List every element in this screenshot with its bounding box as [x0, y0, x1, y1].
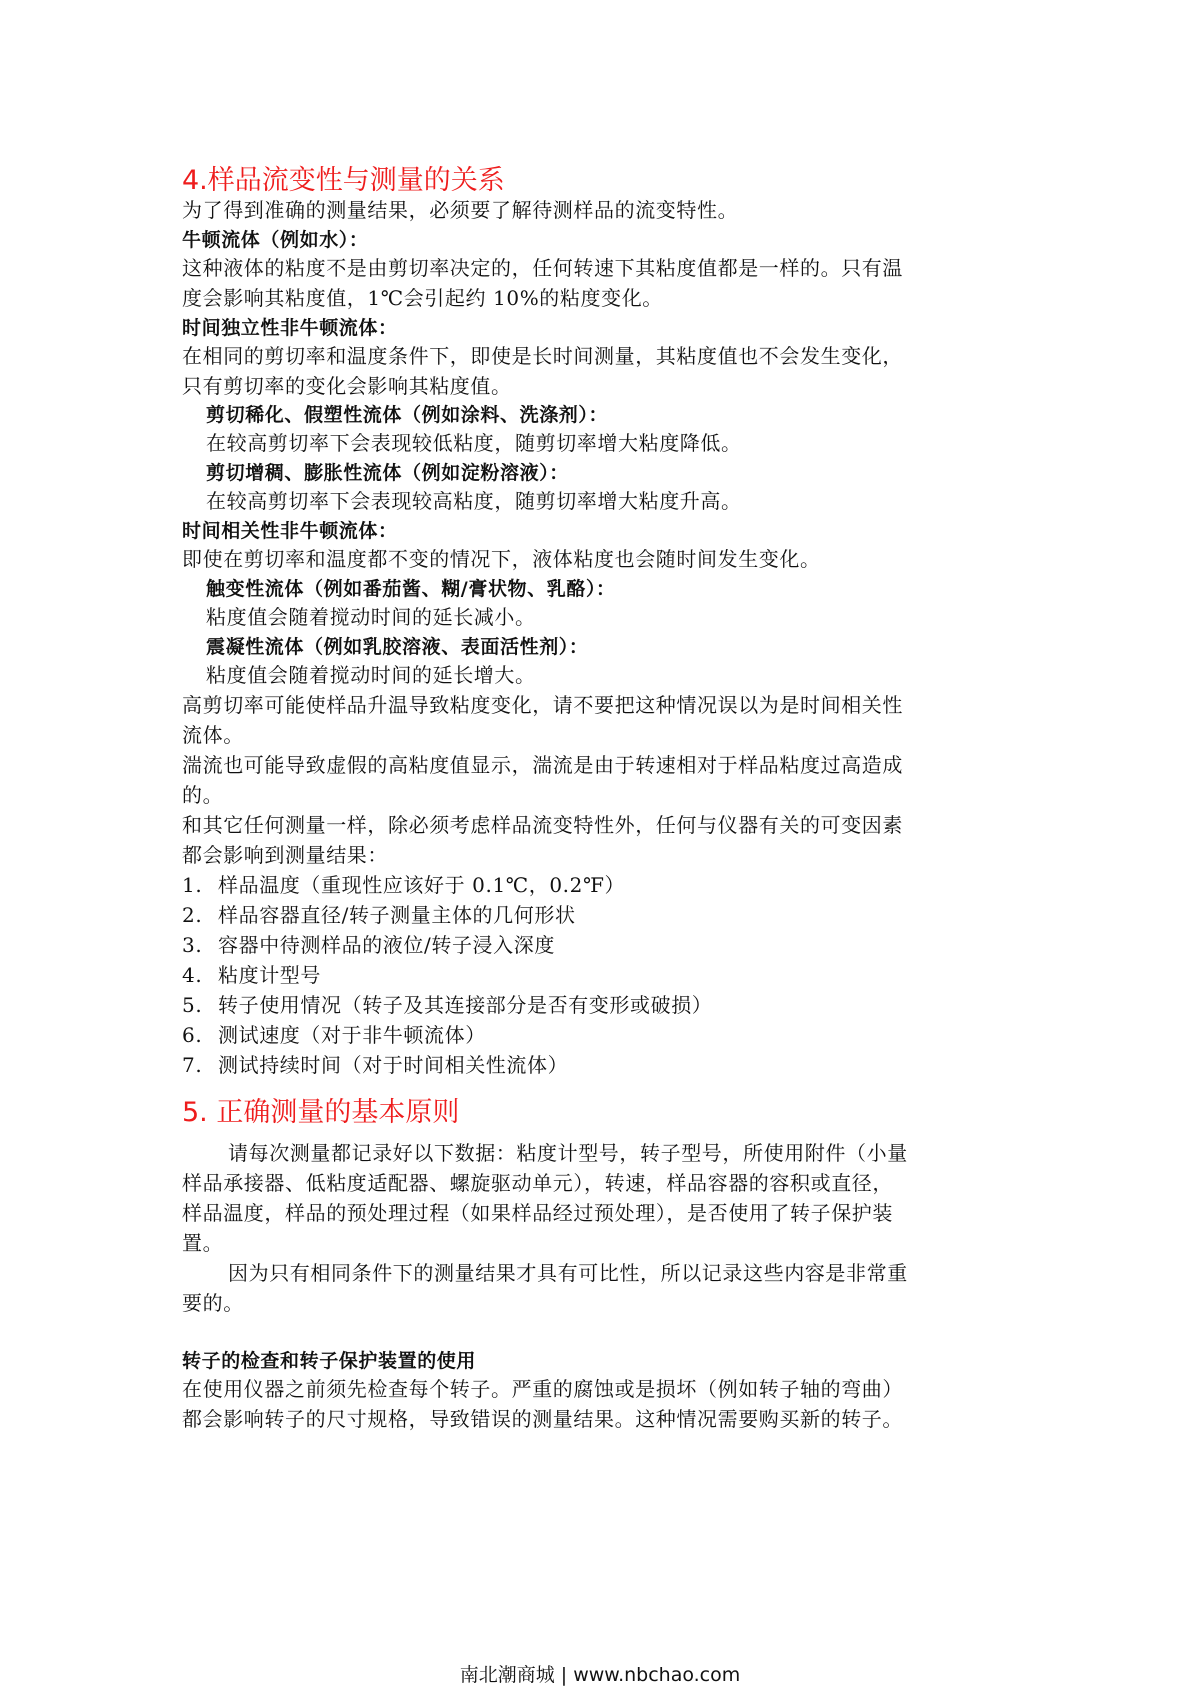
factor-num: 1.	[182, 870, 218, 900]
note-line: 湍流也可能导致虚假的高粘度值显示，湍流是由于转速相对于样品粘度过高造成	[182, 750, 903, 780]
note-line: 的。	[182, 780, 223, 810]
factor-text: 测试持续时间（对于时间相关性流体）	[218, 1053, 568, 1077]
factor-num: 7.	[182, 1050, 218, 1080]
factor-num: 5.	[182, 990, 218, 1020]
section-4-title: 4.样品流变性与测量的关系	[182, 158, 505, 197]
note-line: 和其它任何测量一样，除必须考虑样品流变特性外，任何与仪器有关的可变因素	[182, 810, 903, 840]
shear-thinning-text: 在较高剪切率下会表现较低粘度，随剪切率增大粘度降低。	[206, 428, 742, 458]
footer-watermark: 南北潮商城 | www.nbchao.com	[0, 1660, 1200, 1687]
factor-num: 4.	[182, 960, 218, 990]
note-line: 流体。	[182, 720, 244, 750]
factor-num: 3.	[182, 930, 218, 960]
para1-line: 置。	[182, 1228, 223, 1258]
shear-thickening-heading: 剪切增稠、膨胀性流体（例如淀粉溶液）：	[206, 458, 569, 488]
newtonian-line: 度会影响其粘度值，1℃会引起约 10%的粘度变化。	[182, 283, 663, 313]
para2-line: 要的。	[182, 1288, 244, 1318]
factor-text: 样品容器直径/转子测量主体的几何形状	[218, 903, 576, 927]
time-independent-heading: 时间独立性非牛顿流体：	[182, 313, 398, 343]
note-line: 都会影响到测量结果：	[182, 840, 388, 870]
factor-text: 转子使用情况（转子及其连接部分是否有变形或破损）	[218, 993, 712, 1017]
section-5-title: 5. 正确测量的基本原则	[182, 1090, 459, 1129]
time-independent-line: 在相同的剪切率和温度条件下，即使是长时间测量，其粘度值也不会发生变化，	[182, 341, 903, 371]
rheopectic-heading: 震凝性流体（例如乳胶溶液、表面活性剂）：	[206, 632, 589, 662]
spindle-check-line: 在使用仪器之前须先检查每个转子。严重的腐蚀或是损坏（例如转子轴的弯曲）	[182, 1374, 903, 1404]
newtonian-line: 这种液体的粘度不是由剪切率决定的，任何转速下其粘度值都是一样的。只有温	[182, 253, 903, 283]
para2-line: 因为只有相同条件下的测量结果才具有可比性，所以记录这些内容是非常重	[228, 1258, 908, 1288]
time-dependent-line: 即使在剪切率和温度都不变的情况下，液体粘度也会随时间发生变化。	[182, 544, 821, 574]
note-line: 高剪切率可能使样品升温导致粘度变化，请不要把这种情况误以为是时间相关性	[182, 690, 903, 720]
factor-num: 6.	[182, 1020, 218, 1050]
factor-item: 3.容器中待测样品的液位/转子浸入深度	[182, 930, 555, 960]
spindle-check-heading: 转子的检查和转子保护装置的使用	[182, 1346, 476, 1376]
factor-item: 6.测试速度（对于非牛顿流体）	[182, 1020, 486, 1050]
factor-text: 测试速度（对于非牛顿流体）	[218, 1023, 486, 1047]
rheopectic-text: 粘度值会随着搅动时间的延长增大。	[206, 660, 536, 690]
para1-line: 请每次测量都记录好以下数据：粘度计型号，转子型号，所使用附件（小量	[228, 1138, 908, 1168]
factor-text: 容器中待测样品的液位/转子浸入深度	[218, 933, 555, 957]
time-dependent-heading: 时间相关性非牛顿流体：	[182, 516, 398, 546]
factor-item: 5.转子使用情况（转子及其连接部分是否有变形或破损）	[182, 990, 712, 1020]
thixotropic-heading: 触变性流体（例如番茄酱、糊/膏状物、乳酪）：	[206, 574, 616, 604]
shear-thickening-text: 在较高剪切率下会表现较高粘度，随剪切率增大粘度升高。	[206, 486, 742, 516]
factor-item: 4.粘度计型号	[182, 960, 321, 990]
factor-item: 1.样品温度（重现性应该好于 0.1℃，0.2℉）	[182, 870, 625, 900]
shear-thinning-heading: 剪切稀化、假塑性流体（例如涂料、洗涤剂）：	[206, 400, 608, 430]
para1-line: 样品承接器、低粘度适配器、螺旋驱动单元），转速，样品容器的容积或直径，	[182, 1168, 893, 1198]
factor-item: 2.样品容器直径/转子测量主体的几何形状	[182, 900, 576, 930]
factor-text: 样品温度（重现性应该好于 0.1℃，0.2℉）	[218, 873, 625, 897]
newtonian-heading: 牛顿流体（例如水）：	[182, 225, 369, 255]
spindle-check-line: 都会影响转子的尺寸规格，导致错误的测量结果。这种情况需要购买新的转子。	[182, 1404, 903, 1434]
factor-text: 粘度计型号	[218, 963, 321, 987]
factor-num: 2.	[182, 900, 218, 930]
intro-text: 为了得到准确的测量结果，必须要了解待测样品的流变特性。	[182, 195, 738, 225]
time-independent-line: 只有剪切率的变化会影响其粘度值。	[182, 371, 512, 401]
factor-item: 7.测试持续时间（对于时间相关性流体）	[182, 1050, 568, 1080]
thixotropic-text: 粘度值会随着搅动时间的延长减小。	[206, 602, 536, 632]
para1-line: 样品温度，样品的预处理过程（如果样品经过预处理），是否使用了转子保护装	[182, 1198, 893, 1228]
